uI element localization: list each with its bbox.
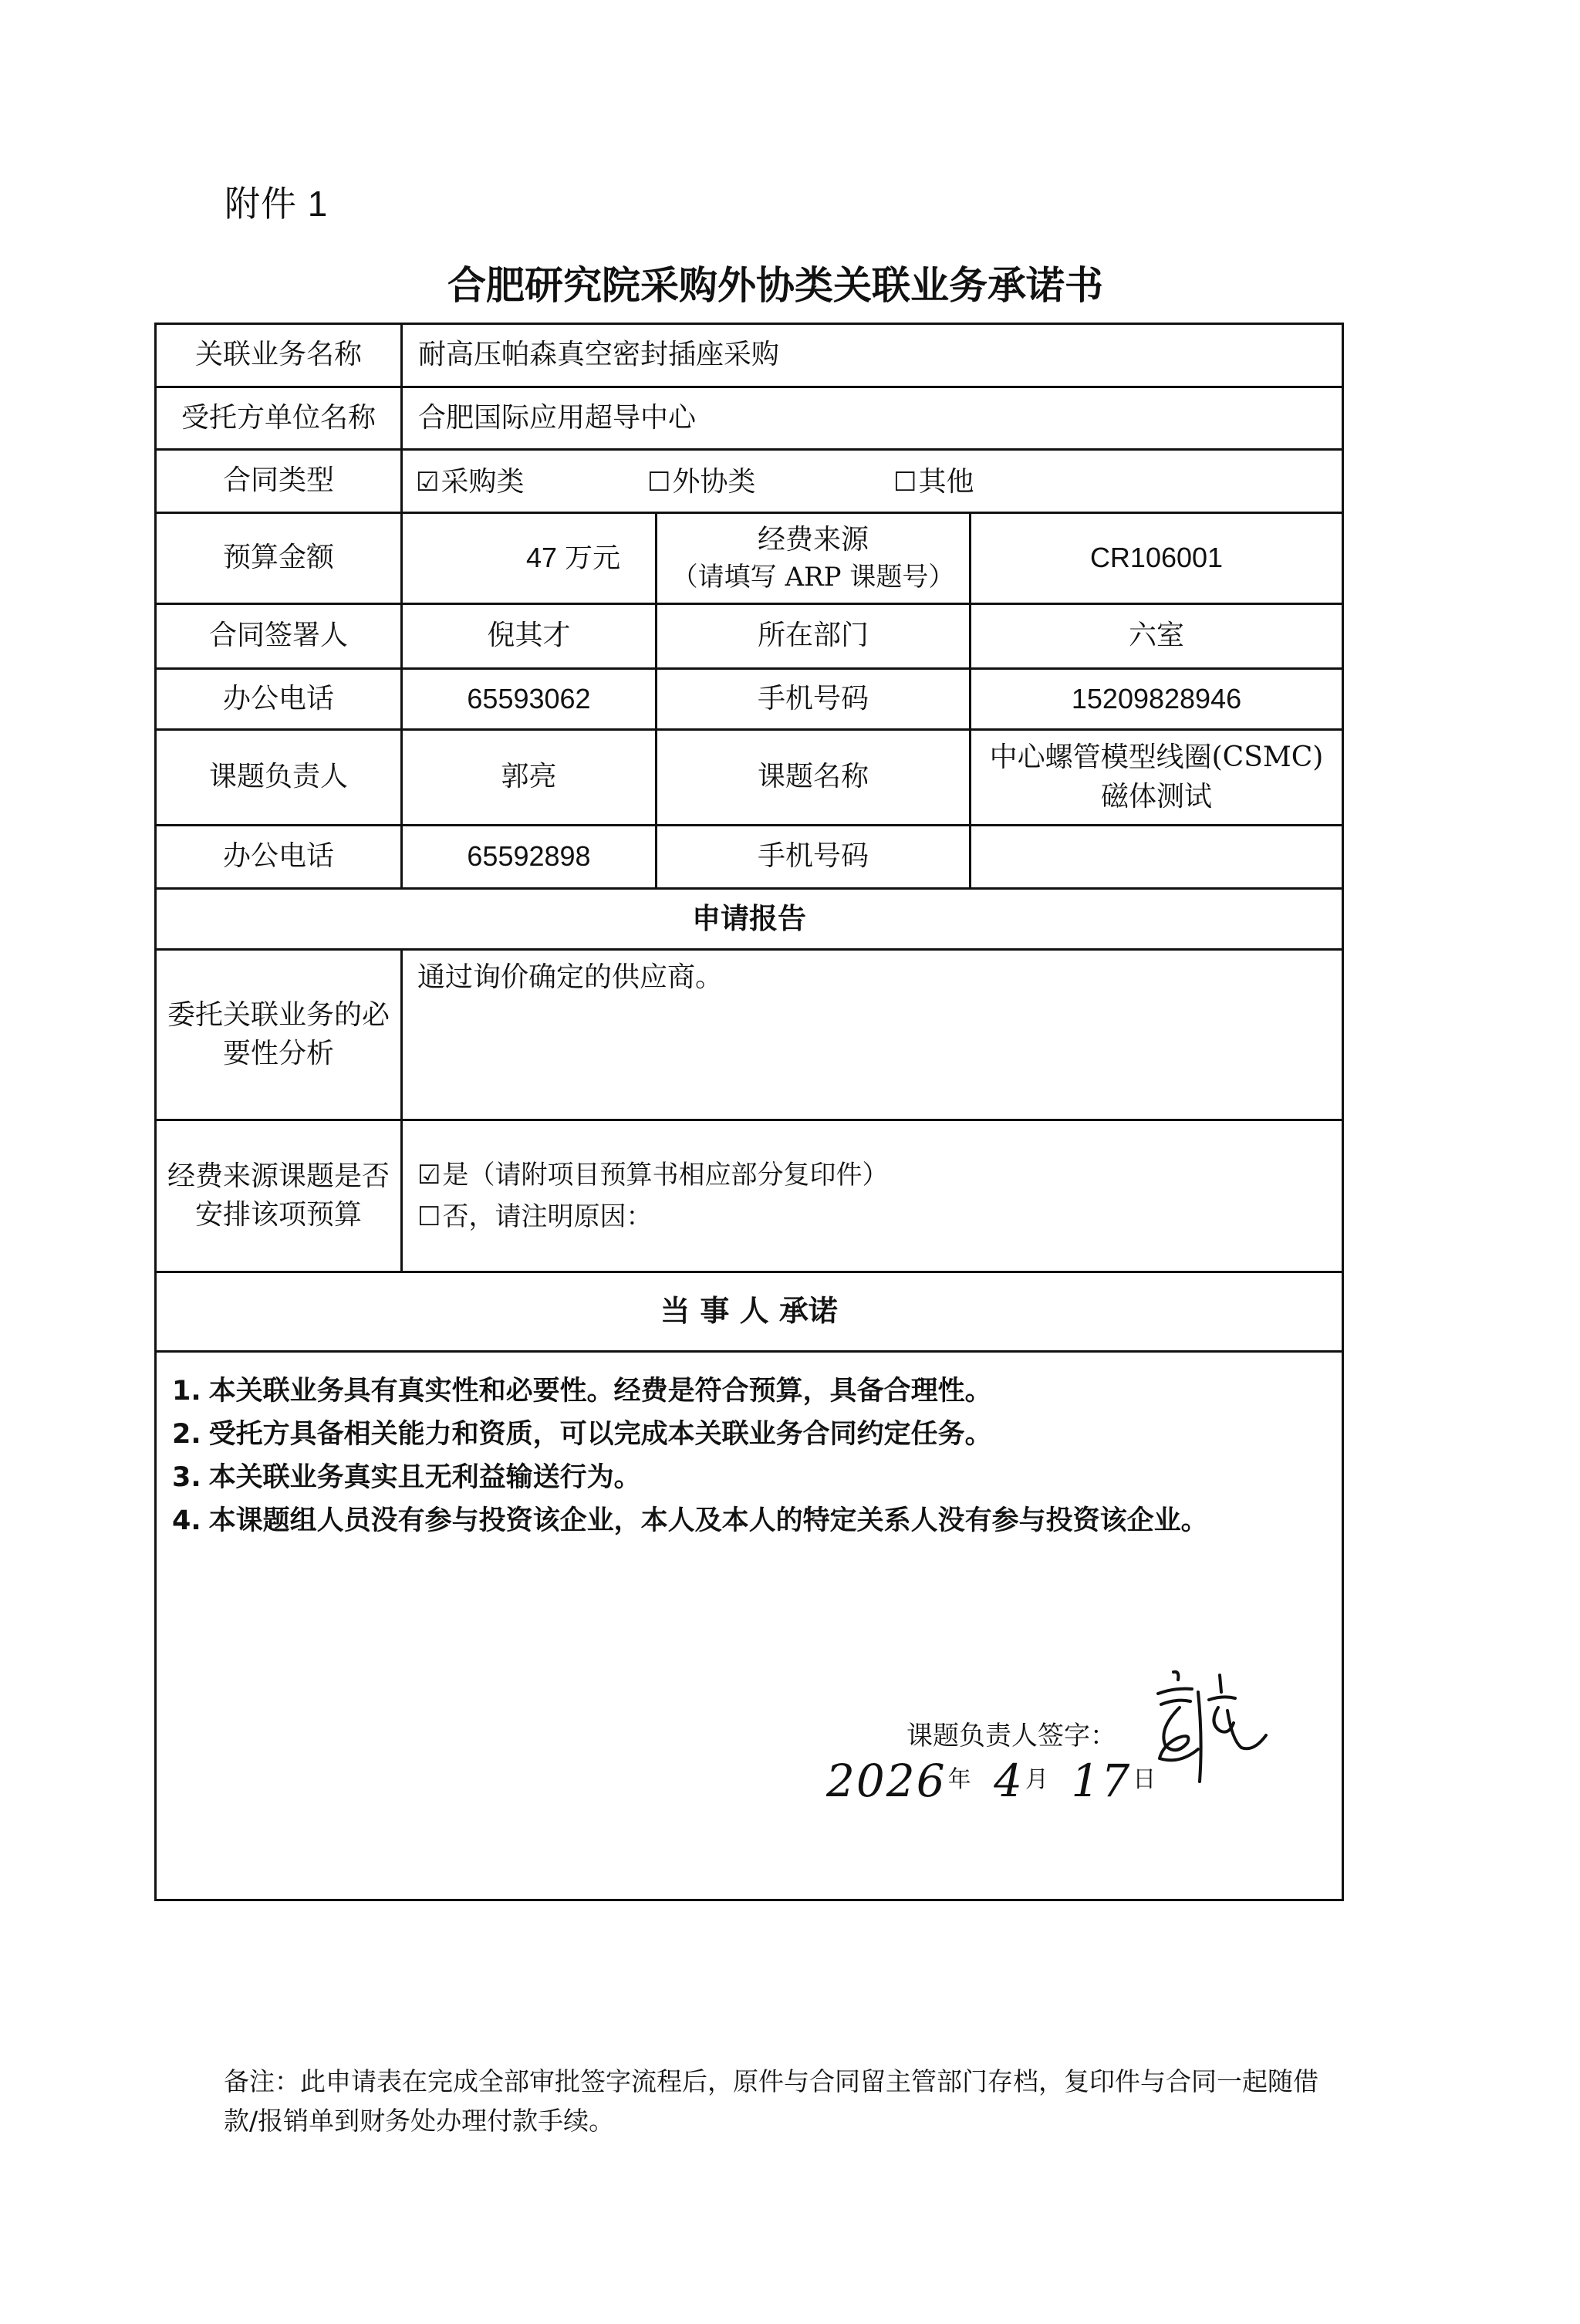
application-report-heading: 申请报告 xyxy=(156,889,1343,950)
signature-date: 2026年 4月 17日 xyxy=(826,1750,1170,1812)
checkbox-unchecked-icon[interactable]: ☐ xyxy=(647,467,670,498)
row-signer-phones: 办公电话 65593062 手机号码 15209828946 xyxy=(156,669,1343,730)
project-name-line1: 中心螺管模型线圈(CSMC) xyxy=(971,738,1342,777)
attachment-label: 附件 1 xyxy=(225,176,328,227)
business-name-label: 关联业务名称 xyxy=(156,324,402,387)
option-label: 否，请注明原因： xyxy=(442,1201,652,1232)
row-necessity: 委托关联业务的必 要性分析 通过询价确定的供应商。 xyxy=(156,950,1343,1120)
fund-source-value: CR106001 xyxy=(971,513,1343,604)
contract-type-option-purchase: ☑采购类 xyxy=(416,463,525,502)
contract-signer-label: 合同签署人 xyxy=(156,604,402,669)
project-leader-label: 课题负责人 xyxy=(156,730,402,826)
project-leader-value: 郭亮 xyxy=(402,730,657,826)
row-contract-type: 合同类型 ☑采购类 ☐外协类 ☐其他 xyxy=(156,450,1343,513)
contract-signer-value: 倪其才 xyxy=(402,604,657,669)
budget-arranged-option-no: ☐否，请注明原因： xyxy=(417,1196,1342,1238)
signer-office-phone-label: 办公电话 xyxy=(156,669,402,730)
row-leader-phones: 办公电话 65592898 手机号码 xyxy=(156,826,1343,889)
business-name-value: 耐高压帕森真空密封插座采购 xyxy=(402,324,1343,387)
date-year-unit: 年 xyxy=(948,1766,971,1793)
budget-arranged-label-line1: 经费来源课题是否 xyxy=(157,1157,400,1196)
budget-arranged-options: ☑是（请附项目预算书相应部分复印件） ☐否，请注明原因： xyxy=(402,1120,1343,1272)
commitment-item: 1.本关联业务具有真实性和必要性。经费是符合预算，具备合理性。 xyxy=(172,1370,1208,1413)
signer-office-phone-value: 65593062 xyxy=(402,669,657,730)
row-budget-arranged: 经费来源课题是否 安排该项预算 ☑是（请附项目预算书相应部分复印件） ☐否，请注… xyxy=(156,1120,1343,1272)
option-label: 其他 xyxy=(918,466,974,498)
commitment-body: 1.本关联业务具有真实性和必要性。经费是符合预算，具备合理性。 2.受托方具备相… xyxy=(156,1352,1343,1900)
item-text: 本关联业务具有真实性和必要性。经费是符合预算，具备合理性。 xyxy=(209,1375,992,1407)
budget-value: 47 万元 xyxy=(402,513,657,604)
option-label: 采购类 xyxy=(441,466,524,498)
date-year: 2026 xyxy=(826,1755,947,1807)
row-commitment-heading: 当 事 人 承诺 xyxy=(156,1272,1343,1352)
budget-arranged-option-yes: ☑是（请附项目预算书相应部分复印件） xyxy=(417,1154,1342,1196)
project-name-label: 课题名称 xyxy=(657,730,971,826)
leader-office-phone-value: 65592898 xyxy=(402,826,657,889)
contract-type-options: ☑采购类 ☐外协类 ☐其他 xyxy=(402,450,1343,513)
date-month: 4 xyxy=(994,1755,1024,1807)
checkbox-unchecked-icon[interactable]: ☐ xyxy=(893,467,917,498)
commitment-item: 2.受托方具备相关能力和资质，可以完成本关联业务合同约定任务。 xyxy=(172,1413,1208,1456)
row-commitment-body: 1.本关联业务具有真实性和必要性。经费是符合预算，具备合理性。 2.受托方具备相… xyxy=(156,1352,1343,1900)
commitment-heading: 当 事 人 承诺 xyxy=(156,1272,1343,1352)
row-contract-signer: 合同签署人 倪其才 所在部门 六室 xyxy=(156,604,1343,669)
signer-mobile-value: 15209828946 xyxy=(971,669,1343,730)
item-index: 1. xyxy=(172,1376,201,1407)
trustee-unit-label: 受托方单位名称 xyxy=(156,387,402,450)
item-index: 2. xyxy=(172,1419,201,1450)
department-label: 所在部门 xyxy=(657,604,971,669)
commitment-item: 4.本课题组人员没有参与投资该企业，本人及本人的特定关系人没有参与投资该企业。 xyxy=(172,1499,1208,1542)
option-label: 外协类 xyxy=(672,466,755,498)
page-title: 合肥研究院采购外协类关联业务承诺书 xyxy=(0,255,1551,310)
fund-source-label: 经费来源 （请填写 ARP 课题号） xyxy=(657,513,971,604)
necessity-label-line1: 委托关联业务的必 xyxy=(157,996,400,1035)
project-name-value: 中心螺管模型线圈(CSMC) 磁体测试 xyxy=(971,730,1343,826)
necessity-label-line2: 要性分析 xyxy=(157,1035,400,1073)
budget-arranged-label: 经费来源课题是否 安排该项预算 xyxy=(156,1120,402,1272)
checkbox-checked-icon[interactable]: ☑ xyxy=(417,1160,441,1191)
commitment-list: 1.本关联业务具有真实性和必要性。经费是符合预算，具备合理性。 2.受托方具备相… xyxy=(172,1370,1208,1542)
date-month-unit: 月 xyxy=(1025,1766,1048,1793)
date-day-unit: 日 xyxy=(1133,1766,1156,1793)
leader-mobile-value xyxy=(971,826,1343,889)
checkbox-unchecked-icon[interactable]: ☐ xyxy=(417,1201,441,1232)
contract-type-label: 合同类型 xyxy=(156,450,402,513)
item-index: 3. xyxy=(172,1462,201,1493)
row-project-leader: 课题负责人 郭亮 课题名称 中心螺管模型线圈(CSMC) 磁体测试 xyxy=(156,730,1343,826)
item-index: 4. xyxy=(172,1505,201,1536)
row-trustee-unit: 受托方单位名称 合肥国际应用超导中心 xyxy=(156,387,1343,450)
contract-type-option-outsourcing: ☐外协类 xyxy=(647,463,756,502)
date-day: 17 xyxy=(1071,1755,1131,1807)
necessity-label: 委托关联业务的必 要性分析 xyxy=(156,950,402,1120)
trustee-unit-value: 合肥国际应用超导中心 xyxy=(402,387,1343,450)
footer-note: 备注：此申请表在完成全部审批签字流程后，原件与合同留主管部门存档，复印件与合同一… xyxy=(224,2062,1335,2140)
checkbox-checked-icon[interactable]: ☑ xyxy=(416,467,439,498)
commitment-form-table: 关联业务名称 耐高压帕森真空密封插座采购 受托方单位名称 合肥国际应用超导中心 … xyxy=(154,323,1344,1901)
contract-type-option-other: ☐其他 xyxy=(893,463,974,502)
fund-source-label-line1: 经费来源 xyxy=(657,521,969,559)
item-text: 本关联业务真实且无利益输送行为。 xyxy=(209,1461,641,1493)
commitment-item: 3.本关联业务真实且无利益输送行为。 xyxy=(172,1456,1208,1499)
department-value: 六室 xyxy=(971,604,1343,669)
fund-source-label-line2: （请填写 ARP 课题号） xyxy=(657,559,969,596)
item-text: 本课题组人员没有参与投资该企业，本人及本人的特定关系人没有参与投资该企业。 xyxy=(209,1505,1208,1536)
row-application-report-heading: 申请报告 xyxy=(156,889,1343,950)
option-label: 是（请附项目预算书相应部分复印件） xyxy=(442,1160,888,1191)
budget-arranged-label-line2: 安排该项预算 xyxy=(157,1196,400,1235)
leader-mobile-label: 手机号码 xyxy=(657,826,971,889)
item-text: 受托方具备相关能力和资质，可以完成本关联业务合同约定任务。 xyxy=(209,1418,992,1450)
signer-mobile-label: 手机号码 xyxy=(657,669,971,730)
project-name-line2: 磁体测试 xyxy=(971,778,1342,816)
leader-office-phone-label: 办公电话 xyxy=(156,826,402,889)
budget-label: 预算金额 xyxy=(156,513,402,604)
necessity-value: 通过询价确定的供应商。 xyxy=(402,950,1343,1120)
row-budget: 预算金额 47 万元 经费来源 （请填写 ARP 课题号） CR106001 xyxy=(156,513,1343,604)
row-business-name: 关联业务名称 耐高压帕森真空密封插座采购 xyxy=(156,324,1343,387)
